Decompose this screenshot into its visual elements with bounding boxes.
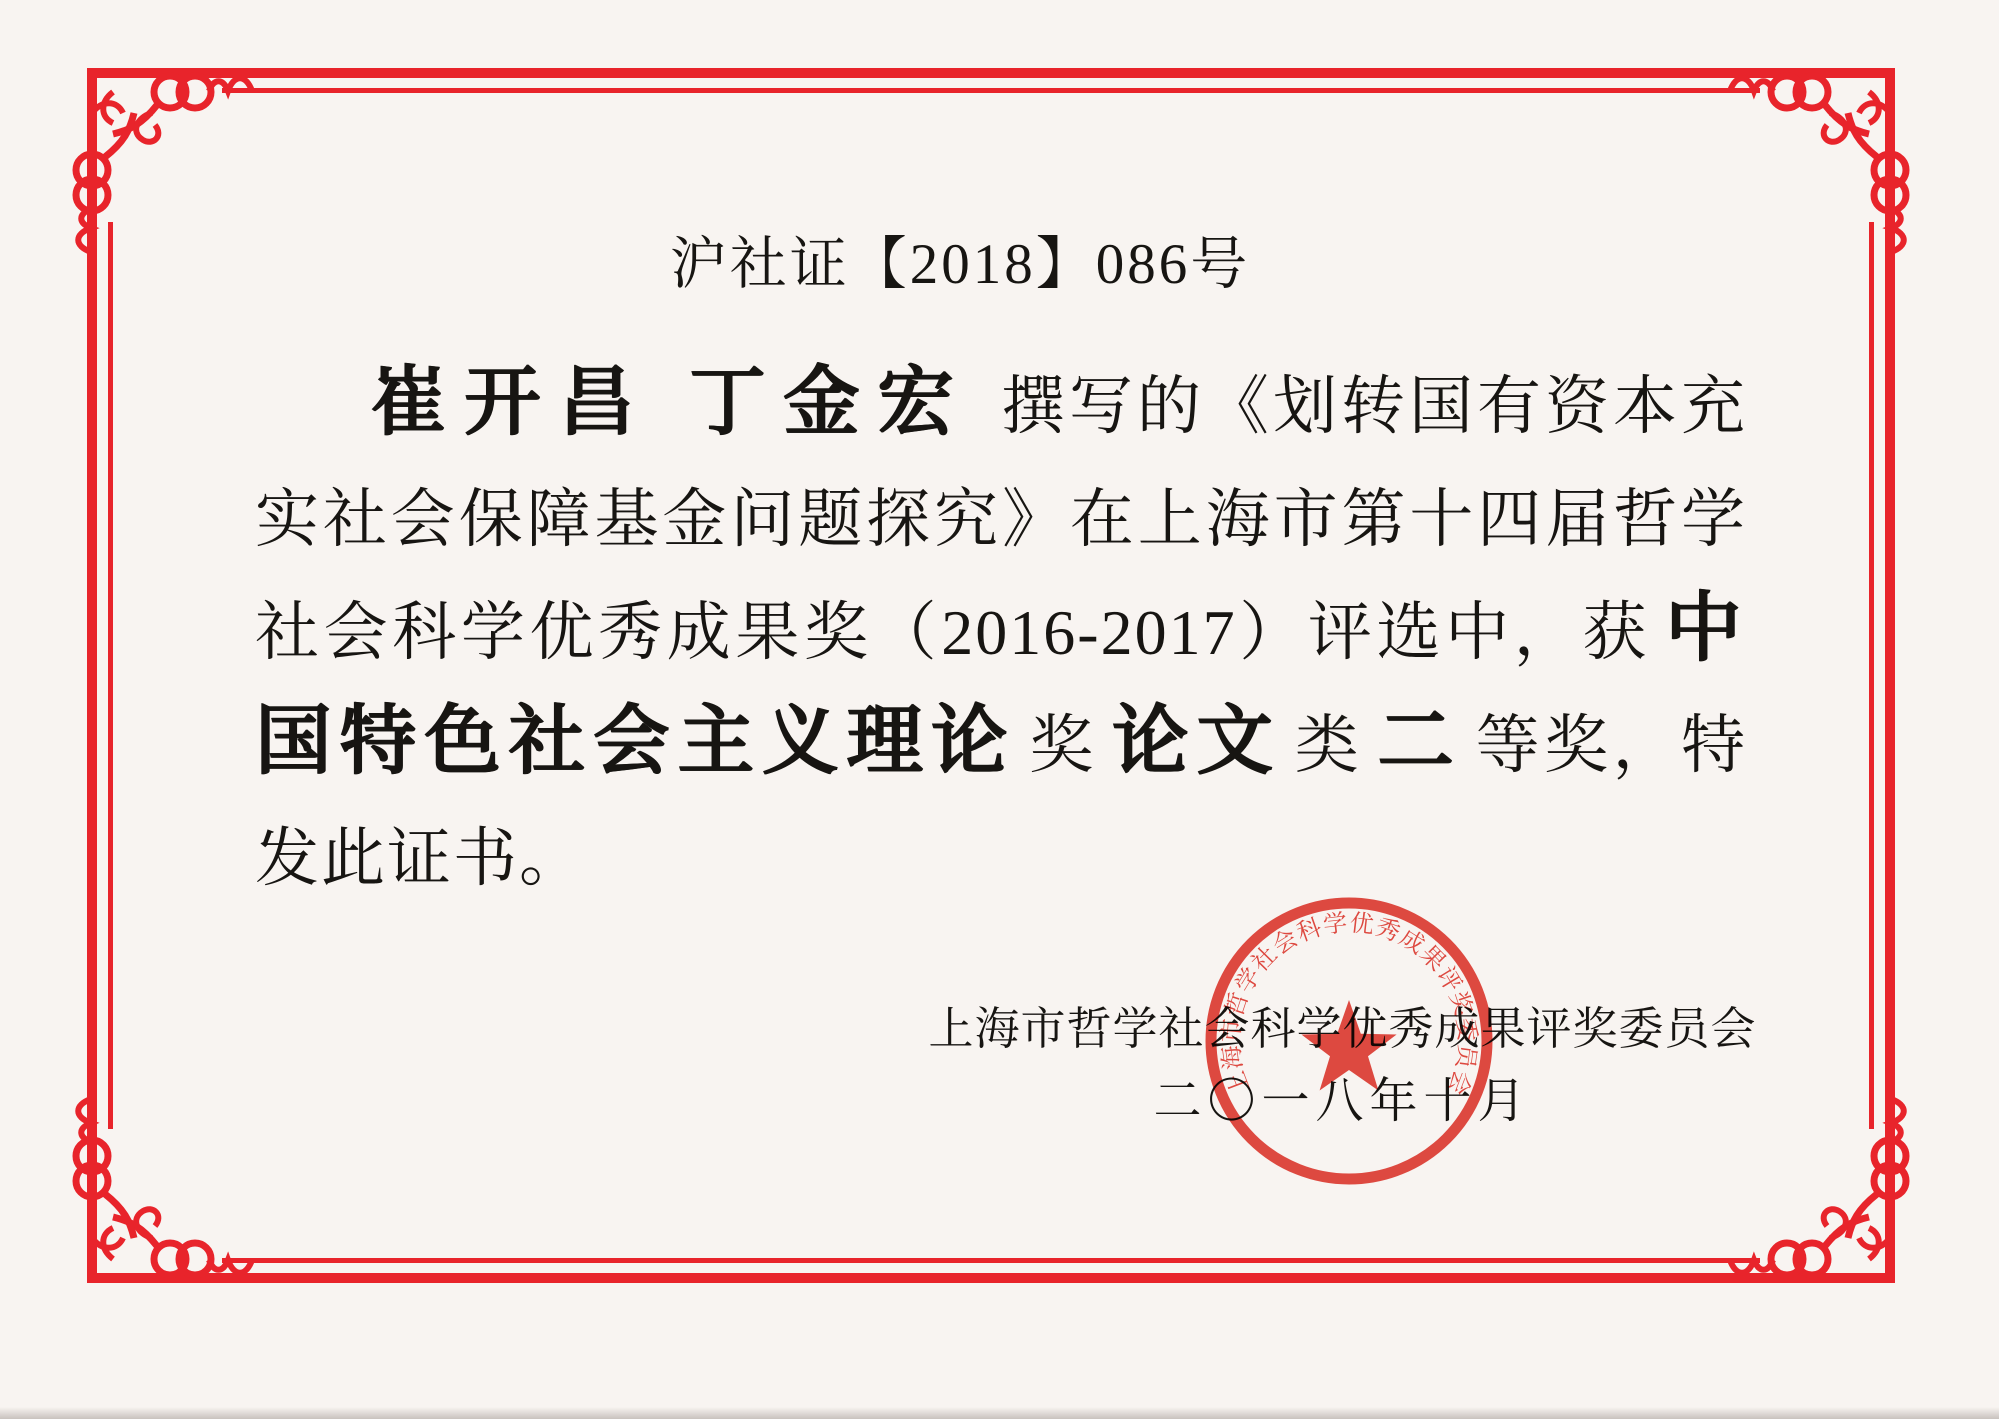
scan-edge-shadow <box>0 1407 1999 1419</box>
award-category: 论文 <box>1112 700 1281 784</box>
official-seal: 上海市哲学社会科学优秀成果评奖委员会 <box>1196 888 1502 1194</box>
doc-number: 沪社证【2018】086号 <box>0 218 1920 300</box>
citation-paragraph: 崔开昌 丁金宏撰写的《划转国有资本充实社会保障基金问题探究》在上海市第十四届哲学… <box>255 350 1747 915</box>
seal-star-icon <box>1301 1000 1396 1091</box>
citation-text-3: 类 <box>1295 710 1363 781</box>
certificate-page: 沪社证【2018】086号 崔开昌 丁金宏撰写的《划转国有资本充实社会保障基金问… <box>0 0 1999 1419</box>
citation-text-2: 奖 <box>1029 710 1097 781</box>
author-names: 崔开昌 丁金宏 <box>370 361 971 445</box>
award-grade: 二 <box>1377 700 1461 784</box>
